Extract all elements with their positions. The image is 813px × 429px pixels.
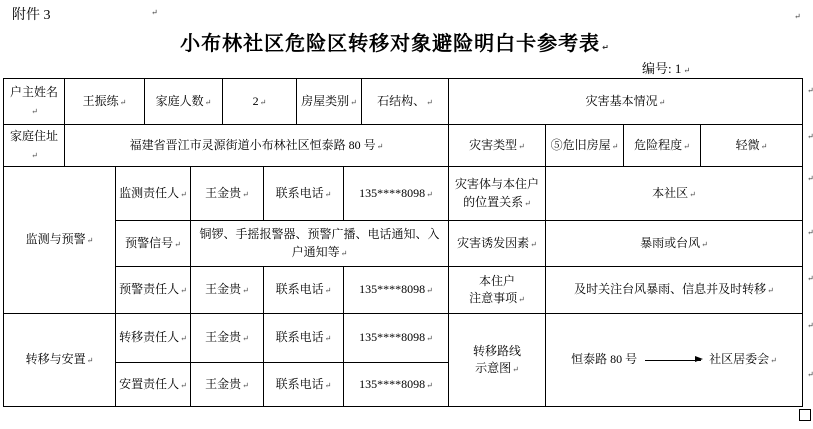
notes-label: 本住户 注意事项 [469, 273, 525, 308]
settle-phone-cell: 135****8098 [343, 362, 449, 407]
phone-label: 联系电话 [276, 329, 332, 346]
trigger-value: 暴雨或台风 [640, 235, 708, 252]
signal-label-cell: 预警信号 [115, 220, 191, 267]
householder-label-cell: 户主姓名 [3, 78, 65, 125]
warning-phone: 135****8098 [359, 281, 433, 298]
danger-level-label-cell: 危险程度 [623, 124, 701, 167]
warning-name-cell: 王金贵 [190, 266, 264, 314]
row-end-mark: ↵ [807, 132, 813, 141]
danger-level-value: 轻微 [736, 137, 768, 154]
settle-phone: 135****8098 [359, 376, 433, 393]
warning-phone-cell: 135****8098 [343, 266, 449, 314]
page-title-text: 小布林社区危险区转移对象避险明白卡参考表 [180, 33, 600, 55]
monitoring-section-cell: 监测与预警 [3, 166, 116, 314]
householder-name-cell: 王振练 [64, 78, 145, 125]
family-count-label-cell: 家庭人数 [144, 78, 223, 125]
paragraph-mark: ↵ [602, 43, 610, 52]
transfer-phone-cell: 135****8098 [343, 313, 449, 363]
settle-phone-label-cell: 联系电话 [263, 362, 344, 407]
position-value-cell: 本社区 [545, 166, 803, 221]
warning-phone-label-cell: 联系电话 [263, 266, 344, 314]
settle-label-cell: 安置责任人 [115, 362, 191, 407]
householder-label: 户主姓名 [7, 84, 61, 119]
signal-value-cell: 铜锣、手摇报警器、预警广播、电话通知、入户通知等 [190, 220, 449, 267]
serial-number: 编号: 1↵ [642, 58, 690, 77]
route-diagram-cell: 恒泰路 80 号 社区居委会 [545, 313, 803, 407]
disaster-type-value: ⑤危旧房屋 [551, 137, 619, 154]
page-title: 小布林社区危险区转移对象避险明白卡参考表↵ [0, 27, 790, 56]
notes-value: 及时关注台风暴雨、信息并及时转移 [574, 281, 774, 298]
address-value: 福建省晋江市灵源街道小布林社区恒泰路 80 号 [130, 137, 384, 154]
trigger-label: 灾害诱发因素 [457, 235, 537, 252]
row-end-mark: ↵ [807, 321, 813, 330]
address-label-cell: 家庭住址 [3, 124, 65, 167]
danger-level-label: 危险程度 [634, 137, 690, 154]
house-type-label-cell: 房屋类别 [296, 78, 362, 125]
monitoring-section-label: 监测与预警 [26, 231, 94, 248]
position-label-cell: 灾害体与本住户 的位置关系 [448, 166, 546, 221]
paragraph-mark: ↵ [151, 8, 158, 17]
position-label: 灾害体与本住户 的位置关系 [455, 176, 539, 211]
house-type-label: 房屋类别 [301, 93, 357, 110]
transfer-name: 王金贵 [205, 329, 249, 346]
disaster-type-label: 灾害类型 [469, 137, 525, 154]
transfer-phone-label-cell: 联系电话 [263, 313, 344, 363]
paragraph-mark: ↵ [683, 66, 690, 75]
disaster-info-header: 灾害基本情况 [586, 93, 666, 110]
route-arrow-icon [645, 360, 701, 361]
transfer-name-cell: 王金贵 [190, 313, 264, 363]
family-count-label: 家庭人数 [156, 93, 212, 110]
settle-name-cell: 王金贵 [190, 362, 264, 407]
settle-label: 安置责任人 [119, 376, 187, 393]
route-from: 恒泰路 80 号 [571, 351, 637, 368]
monitor-name: 王金贵 [205, 185, 249, 202]
row-end-mark: ↵ [807, 86, 813, 95]
route-to: 社区居委会 [709, 351, 777, 368]
row-end-mark: ↵ [807, 370, 813, 379]
notes-label-cell: 本住户 注意事项 [448, 266, 546, 314]
monitor-label-cell: 监测责任人 [115, 166, 191, 221]
family-count: 2 [253, 93, 267, 110]
trigger-label-cell: 灾害诱发因素 [448, 220, 546, 267]
transfer-section-cell: 转移与安置 [3, 313, 116, 407]
householder-name: 王振练 [83, 93, 127, 110]
transfer-phone: 135****8098 [359, 329, 433, 346]
row-end-mark: ↵ [807, 228, 813, 237]
settle-name: 王金贵 [205, 376, 249, 393]
row-end-mark: ↵ [807, 174, 813, 183]
route-label: 转移路线 示意图 [473, 343, 521, 378]
address-cell: 福建省晋江市灵源街道小布林社区恒泰路 80 号 [64, 124, 449, 167]
paragraph-mark: ↵ [794, 12, 801, 21]
word-document-page: 附件 3 ↵ ↵ 小布林社区危险区转移对象避险明白卡参考表↵ 编号: 1↵ 户主… [0, 0, 813, 429]
row-end-mark: ↵ [807, 274, 813, 283]
warning-name: 王金贵 [205, 281, 249, 298]
house-type: 石结构、 [377, 93, 433, 110]
phone-label: 联系电话 [276, 376, 332, 393]
attachment-label: 附件 3 [12, 4, 51, 24]
disaster-info-header-cell: 灾害基本情况 [448, 78, 803, 125]
warning-label-cell: 预警责任人 [115, 266, 191, 314]
monitor-phone-cell: 135****8098 [343, 166, 449, 221]
monitor-phone-label-cell: 联系电话 [263, 166, 344, 221]
signal-value: 铜锣、手摇报警器、预警广播、电话通知、入户通知等 [194, 226, 445, 261]
monitor-label: 监测责任人 [119, 185, 187, 202]
phone-label: 联系电话 [276, 281, 332, 298]
signal-label: 预警信号 [125, 235, 181, 252]
disaster-type-cell: ⑤危旧房屋 [545, 124, 624, 167]
transfer-label-cell: 转移责任人 [115, 313, 191, 363]
disaster-type-label-cell: 灾害类型 [448, 124, 546, 167]
house-type-cell: 石结构、 [361, 78, 449, 125]
family-count-cell: 2 [222, 78, 297, 125]
danger-level-cell: 轻微 [700, 124, 803, 167]
warning-label: 预警责任人 [119, 281, 187, 298]
monitor-phone: 135****8098 [359, 185, 433, 202]
transfer-label: 转移责任人 [119, 329, 187, 346]
serial-number-text: 编号: 1 [642, 61, 681, 76]
notes-value-cell: 及时关注台风暴雨、信息并及时转移 [545, 266, 803, 314]
document-end-square [799, 409, 811, 421]
address-label: 家庭住址 [7, 128, 61, 163]
transfer-section-label: 转移与安置 [26, 351, 94, 368]
monitor-name-cell: 王金贵 [190, 166, 264, 221]
position-value: 本社区 [652, 185, 696, 202]
trigger-value-cell: 暴雨或台风 [545, 220, 803, 267]
route-label-cell: 转移路线 示意图 [448, 313, 546, 407]
phone-label: 联系电话 [276, 185, 332, 202]
